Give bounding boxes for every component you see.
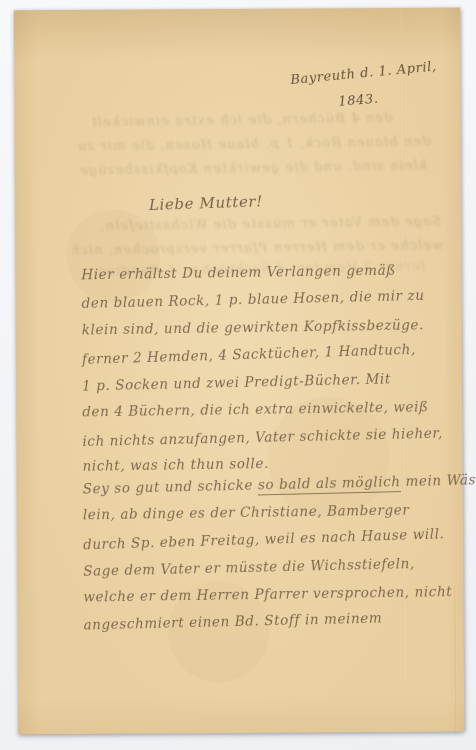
body-line: 1 p. Socken und zwei Predigt-Bücher. Mit xyxy=(82,371,391,394)
body-line: ferner 2 Hemden, 4 Sacktücher, 1 Handtuc… xyxy=(82,342,416,368)
body-line: Sage dem Vater er müsste die Wichsstiefe… xyxy=(83,556,415,580)
body-line: nicht, was ich thun solle. xyxy=(82,456,269,475)
fold-crease xyxy=(454,583,457,732)
body-line: angeschmiert einen Bd. Stoff in meinem xyxy=(83,611,382,634)
letter-page: den 4 Büchern, die ich extra einwickelte… xyxy=(14,8,464,735)
body-line-segment: mein Wäsch- xyxy=(400,472,476,490)
body-line: den blauen Rock, 1 p. blaue Hosen, die m… xyxy=(81,288,424,312)
bleedthrough-line: den blauen Rock, 1 p. blaue Hosen, die m… xyxy=(79,134,431,154)
fold-crease xyxy=(400,8,407,732)
body-line: lein, ab dinge es der Christiane, Bamber… xyxy=(83,503,410,524)
bleedthrough-line: klein sind, und die gewirkten Kopfkissbe… xyxy=(79,158,427,178)
bleedthrough-line: den 4 Büchern, die ich extra einwickelte… xyxy=(92,111,392,130)
body-line: welche er dem Herren Pfarrer versprochen… xyxy=(83,584,452,605)
body-line: den 4 Büchern, die ich extra einwickelte… xyxy=(82,399,429,420)
scan-background: den 4 Büchern, die ich extra einwickelte… xyxy=(0,0,476,750)
body-line: klein sind, und die gewirkten Kopfkissbe… xyxy=(82,317,424,338)
body-line-segment: Sey so gut und schicke xyxy=(83,477,259,497)
dateline-place: Bayreuth d. 1. April, xyxy=(290,59,438,88)
dateline-year: 1843. xyxy=(338,92,379,110)
body-line: Hier erhältst Du deinem Verlangen gemäß xyxy=(81,263,396,284)
salutation: Liebe Mutter! xyxy=(149,192,263,214)
body-line: ich nichts anzufangen, Vater schickte si… xyxy=(82,426,443,450)
bleedthrough-line: welche er dem Herren Pfarrer versprochen… xyxy=(73,238,443,258)
underlined-phrase: so bald als möglich xyxy=(258,474,401,495)
bleedthrough-line: Sage dem Vater er müsste die Wichsstiefe… xyxy=(73,214,441,234)
body-line: durch Sp. eben Freitag, weil es nach Hau… xyxy=(83,526,445,553)
body-line: Sey so gut und schicke so bald als mögli… xyxy=(83,472,476,498)
